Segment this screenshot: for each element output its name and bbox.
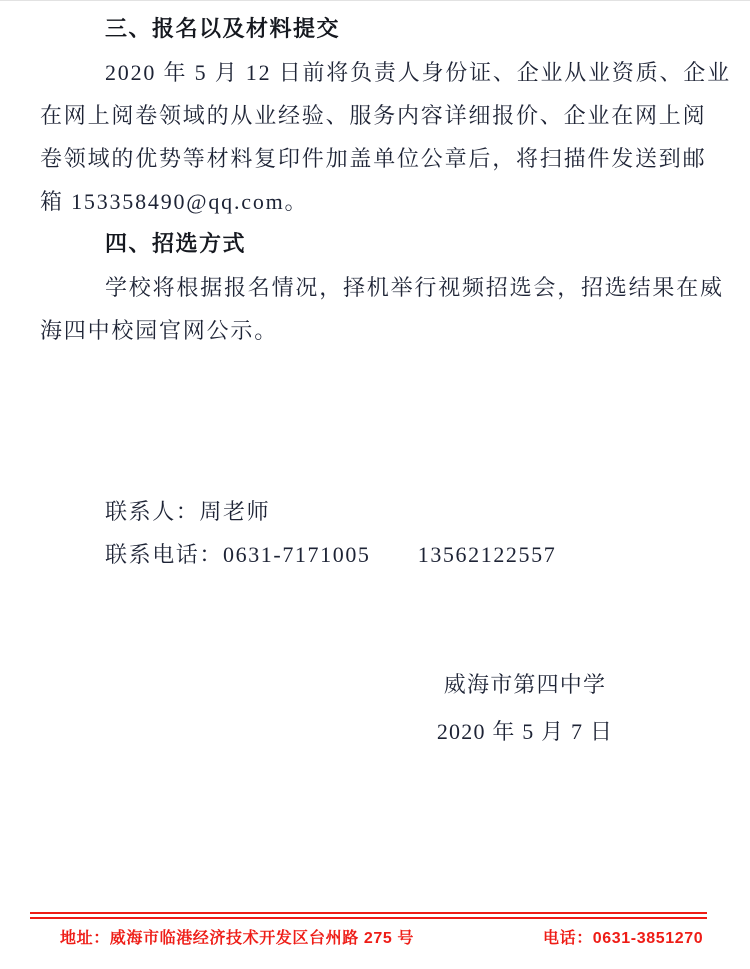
paragraph-line: 在网上阅卷领域的从业经验、服务内容详细报价、企业在网上阅 [40,94,730,137]
section-4-heading: 四、招选方式 [105,232,246,256]
paragraph-line: 海四中校园官网公示。 [40,309,730,352]
contact-block: 联系人：周老师 联系电话：0631-7171005 13562122557 [105,490,556,576]
signature-date: 2020 年 5 月 7 日 [360,708,690,755]
section-4-paragraph: 学校将根据报名情况，择机举行视频招选会，招选结果在威 海四中校园官网公示。 [40,266,730,352]
paragraph-line: 2020 年 5 月 12 日前将负责人身份证、企业从业资质、企业 [40,51,730,94]
paragraph-line: 学校将根据报名情况，择机举行视频招选会，招选结果在威 [40,266,730,309]
footer-double-rule [30,912,707,919]
signature-block: 威海市第四中学 2020 年 5 月 7 日 [360,661,690,755]
contact-phone-line: 联系电话：0631-7171005 13562122557 [105,533,556,576]
section-3-paragraph: 2020 年 5 月 12 日前将负责人身份证、企业从业资质、企业 在网上阅卷领… [40,51,730,223]
document-page: 三、报名以及材料提交 2020 年 5 月 12 日前将负责人身份证、企业从业资… [0,0,750,969]
section-3-heading: 三、报名以及材料提交 [105,17,340,41]
paragraph-line: 卷领域的优势等材料复印件加盖单位公章后，将扫描件发送到邮 [40,137,730,180]
signature-organization: 威海市第四中学 [360,661,690,708]
contact-person-line: 联系人：周老师 [105,490,556,533]
footer-address: 地址：威海市临港经济技术开发区台州路 275 号 [60,928,414,950]
paragraph-line-email: 箱 153358490@qq.com。 [40,180,730,223]
footer-phone: 电话：0631-3851270 [543,928,703,950]
